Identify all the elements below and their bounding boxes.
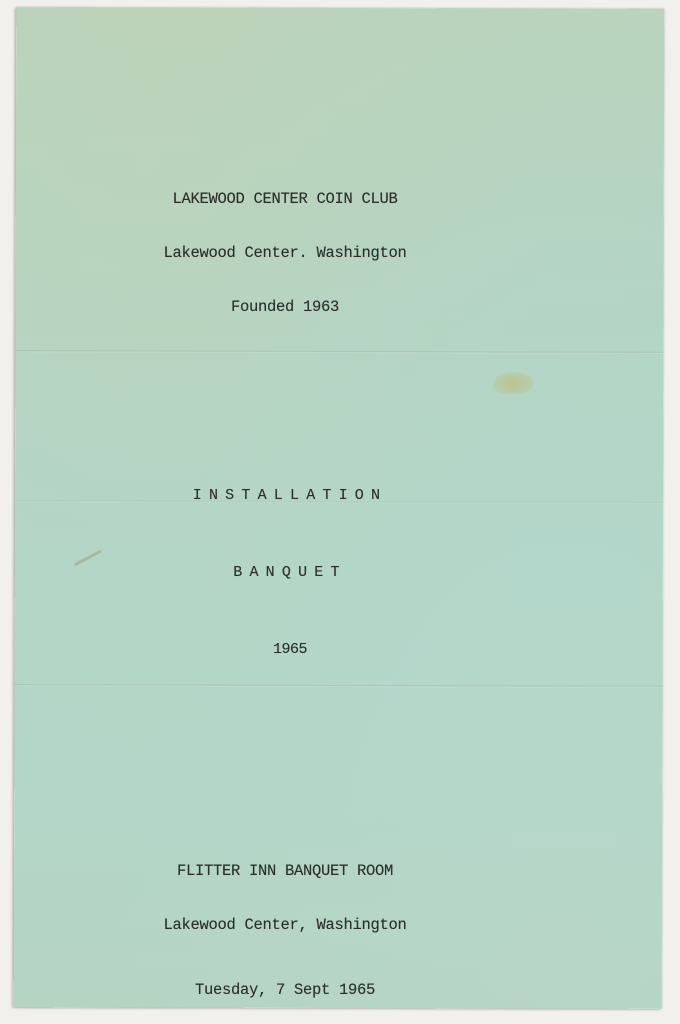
founded-year: Founded 1963	[105, 298, 465, 316]
smudge-mark	[74, 550, 102, 567]
venue-name: FLITTER INN BANQUET ROOM	[105, 862, 465, 880]
venue-block: FLITTER INN BANQUET ROOM Lakewood Center…	[105, 826, 465, 1017]
title-year: 1965	[100, 641, 480, 661]
club-location: Lakewood Center. Washington	[105, 244, 465, 262]
venue-location: Lakewood Center, Washington	[105, 916, 465, 934]
stain-mark	[493, 372, 533, 394]
club-header: LAKEWOOD CENTER COIN CLUB Lakewood Cente…	[105, 154, 465, 334]
fold-crease	[15, 684, 663, 688]
club-name: LAKEWOOD CENTER COIN CLUB	[105, 190, 465, 208]
event-title: INSTALLATION BANQUET 1965	[100, 451, 480, 679]
event-date: Tuesday, 7 Sept 1965	[105, 981, 465, 999]
title-banquet: BANQUET	[100, 564, 480, 605]
title-installation: INSTALLATION	[100, 487, 480, 528]
fold-crease	[15, 350, 663, 354]
